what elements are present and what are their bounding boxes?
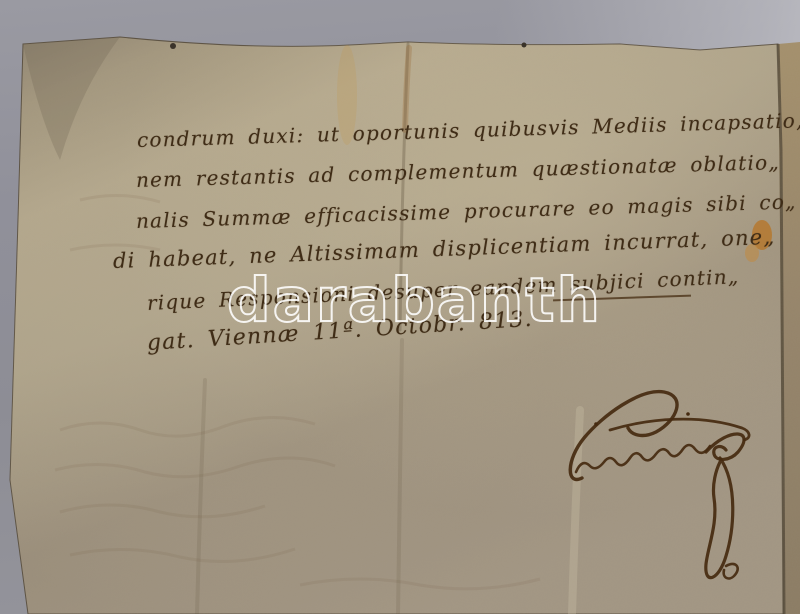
paper-shape xyxy=(10,37,784,614)
photo-of-manuscript: condrum duxi: ut oportunis quibusvis Med… xyxy=(0,0,800,614)
paper-sheet xyxy=(0,0,800,614)
